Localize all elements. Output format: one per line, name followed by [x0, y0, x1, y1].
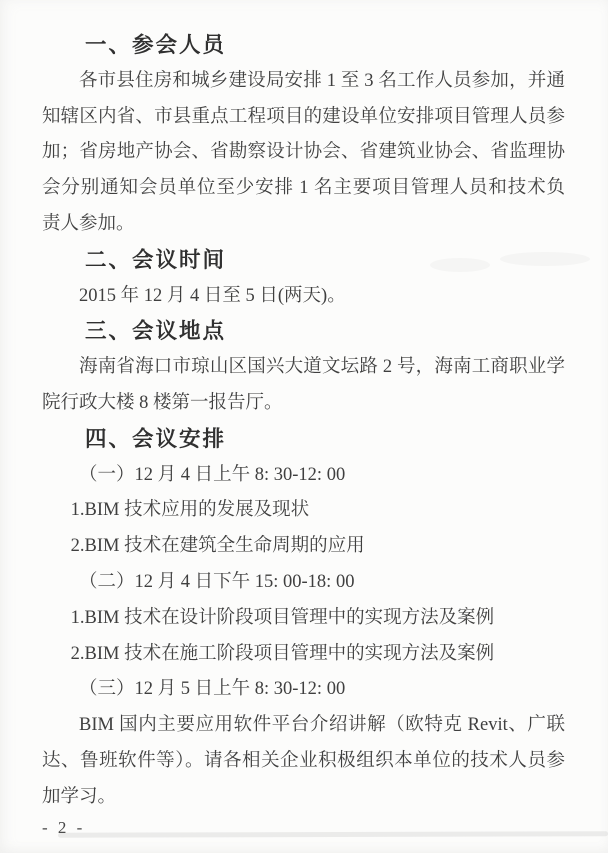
time-line-1: 2015 年 12 月 4 日至 5 日(两天)。 — [42, 279, 565, 315]
section-heading-agenda: 四、会议安排 — [42, 422, 565, 458]
location-line-2: 院行政大楼 8 楼第一报告厅。 — [42, 386, 565, 422]
page-number: - 2 - — [42, 813, 565, 843]
agenda-closing-line-1: BIM 国内主要应用软件平台介绍讲解（欧特克 Revit、广联 — [42, 708, 565, 744]
attendees-line-5: 责人参加。 — [42, 207, 565, 243]
agenda-session-1: （一）12 月 4 日上午 8: 30-12: 00 — [42, 458, 565, 494]
scan-artifact-smudge — [430, 258, 490, 272]
document-content: 一、参会人员 各市县住房和城乡建设局安排 1 至 3 名工作人员参加，并通 知辖… — [42, 28, 565, 843]
attendees-line-4: 会分别通知会员单位至少安排 1 名主要项目管理人员和技术负 — [42, 171, 565, 207]
agenda-closing-line-2: 达、鲁班软件等）。请各相关企业积极组织本单位的技术人员参 — [42, 744, 565, 780]
agenda-session-3: （三）12 月 5 日上午 8: 30-12: 00 — [42, 672, 565, 708]
section-heading-location: 三、会议地点 — [42, 314, 565, 350]
attendees-line-1: 各市县住房和城乡建设局安排 1 至 3 名工作人员参加，并通 — [42, 64, 565, 100]
location-line-1: 海南省海口市琼山区国兴大道文坛路 2 号，海南工商职业学 — [42, 350, 565, 386]
scan-artifact-smudge — [500, 252, 590, 266]
attendees-line-2: 知辖区内省、市县重点工程项目的建设单位安排项目管理人员参 — [42, 100, 565, 136]
agenda-topic-3: 1.BIM 技术在设计阶段项目管理中的实现方法及案例 — [42, 601, 565, 637]
agenda-topic-1: 1.BIM 技术应用的发展及现状 — [42, 493, 565, 529]
agenda-topic-4: 2.BIM 技术在施工阶段项目管理中的实现方法及案例 — [42, 637, 565, 673]
section-heading-attendees: 一、参会人员 — [42, 28, 565, 64]
section-heading-time: 二、会议时间 — [42, 243, 565, 279]
attendees-line-3: 加；省房地产协会、省勘察设计协会、省建筑业协会、省监理协 — [42, 135, 565, 171]
scanned-document-page: 一、参会人员 各市县住房和城乡建设局安排 1 至 3 名工作人员参加，并通 知辖… — [0, 0, 608, 853]
agenda-topic-2: 2.BIM 技术在建筑全生命周期的应用 — [42, 529, 565, 565]
agenda-session-2: （二）12 月 4 日下午 15: 00-18: 00 — [42, 565, 565, 601]
agenda-closing-line-3: 加学习。 — [42, 780, 565, 816]
